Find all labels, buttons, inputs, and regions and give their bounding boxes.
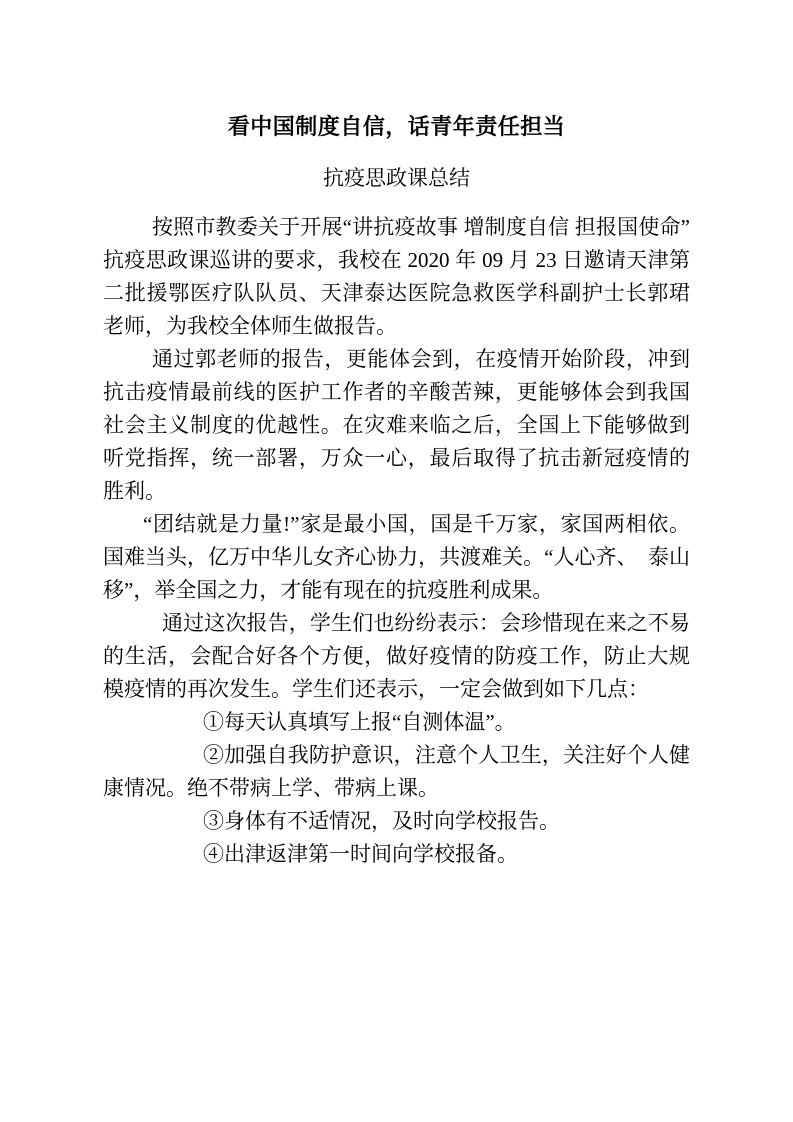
paragraph-unity-quote: “团结就是力量!”家是最小国，国是千万家，家国两相依。国难当头，亿万中华儿女齐心… <box>103 508 690 607</box>
list-item-2: ②加强自我防护意识，注意个人卫生，关注好个人健康情况。绝不带病上学、带病上课。 <box>103 739 690 805</box>
list-item-4: ④出津返津第一时间向学校报备。 <box>103 838 690 871</box>
paragraph-student-response: 通过这次报告，学生们也纷纷表示：会珍惜现在来之不易的生活，会配合好各个方便，做好… <box>103 607 690 706</box>
paragraph-report-reflection: 通过郭老师的报告，更能体会到，在疫情开始阶段，冲到抗击疫情最前线的医护工作者的辛… <box>103 343 690 508</box>
document-subtitle: 抗疫思政课总结 <box>103 162 690 195</box>
paragraph-intro: 按照市教委关于开展“讲抗疫故事 增制度自信 担报国使命”抗疫思政课巡讲的要求，我… <box>103 211 690 343</box>
list-item-3: ③身体有不适情况，及时向学校报告。 <box>103 805 690 838</box>
document-page: 看中国制度自信，话青年责任担当 抗疫思政课总结 按照市教委关于开展“讲抗疫故事 … <box>0 0 793 1122</box>
document-title: 看中国制度自信，话青年责任担当 <box>103 106 690 148</box>
list-item-1: ①每天认真填写上报“自测体温”。 <box>103 706 690 739</box>
